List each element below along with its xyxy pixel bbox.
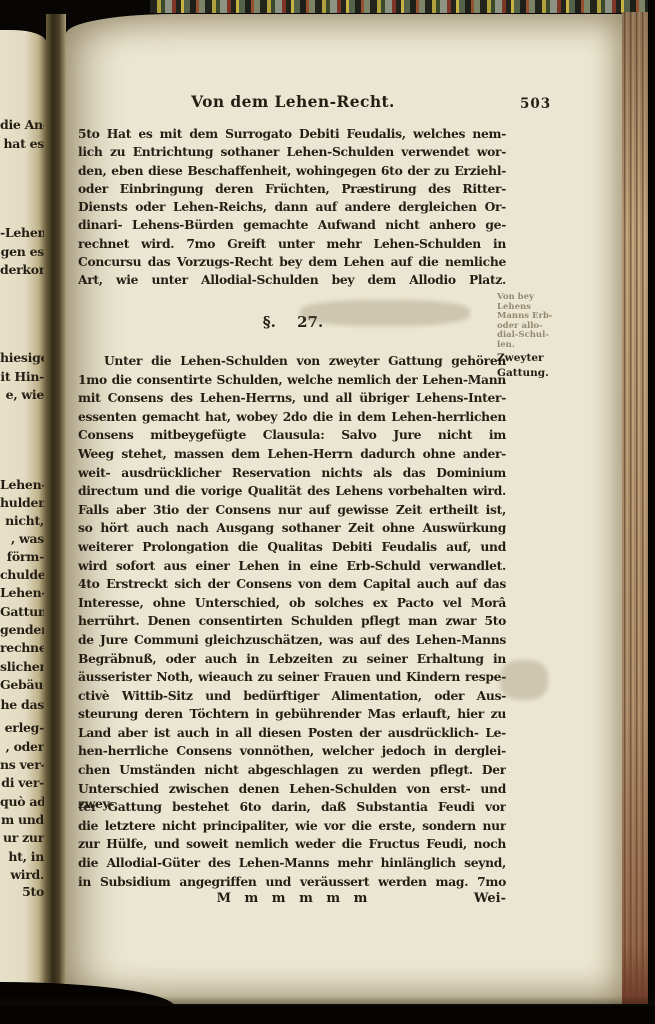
top-edge-marbling: [150, 0, 648, 13]
text-line: hen-herrliche Consens vonnöthen, welcher…: [78, 743, 506, 762]
text-line: 1mo die consentirte Schulden, welche nem…: [78, 372, 506, 391]
text-line: ctivè Wittib-Sitz und bedürftiger Alimen…: [78, 688, 506, 707]
edge-fragment: genden: [0, 622, 44, 637]
bottom-cover: [0, 1006, 655, 1024]
text-line: in Subsidium angegriffen und veräussert …: [78, 874, 506, 893]
edge-fragment: e, wie: [0, 387, 44, 402]
edge-fragment: ht, in: [0, 849, 44, 864]
paragraph-1: 5to Hat es mit dem Surrogato Debiti Feud…: [78, 126, 506, 291]
text-line: die Allodial-Güter des Lehen-Manns mehr …: [78, 855, 506, 874]
edge-fragment: gen es: [0, 244, 44, 259]
text-line: Unter die Lehen-Schulden von zweyter Gat…: [78, 353, 506, 372]
text-line: Interesse, ohne Unterschied, ob solches …: [78, 595, 506, 614]
edge-fragment: derkom-: [0, 262, 44, 277]
edge-fragment: di ver-: [0, 775, 44, 790]
edge-fragment: Lehen-: [0, 585, 44, 600]
text-line: den, eben diese Beschaffenheit, wohingeg…: [78, 163, 506, 181]
text-line: zur Hülfe, und soweit nemlich weder die …: [78, 836, 506, 855]
edge-fragment: Lehen-: [0, 477, 44, 492]
text-line: so hört auch nach Ausgang sothaner Zeit …: [78, 520, 506, 539]
text-line: de Jure Communi gleichzuschätzen, was au…: [78, 632, 506, 651]
bleedthrough-smudge: [300, 300, 470, 326]
edge-fragment: -Lehen: [0, 225, 44, 240]
text-line: oder Einbringung deren Früchten, Præstir…: [78, 181, 506, 199]
edge-fragment: Gattun-: [0, 604, 44, 619]
text-line: Concursu das Vorzugs-Recht bey dem Lehen…: [78, 254, 506, 272]
text-line: mit Consens des Lehen-Herrns, und all üb…: [78, 390, 506, 409]
edge-fragment: chulden: [0, 567, 44, 582]
edge-fragment: förm-: [0, 549, 44, 564]
text-line: 4to Erstreckt sich der Consens von dem C…: [78, 576, 506, 595]
bleedthrough-smudge: [500, 660, 548, 700]
edge-fragment: die An-: [0, 117, 44, 132]
text-line: Unterschied zwischen denen Lehen-Schulde…: [78, 781, 506, 800]
edge-fragment: he das: [0, 697, 44, 712]
catchword: Wei-: [474, 891, 506, 906]
edge-fragment: rechnet: [0, 640, 44, 655]
edge-fragment: ns ver-: [0, 757, 44, 772]
edge-fragment: , oder: [0, 739, 44, 754]
edge-fragment: hulden,: [0, 495, 44, 510]
text-line: 5to Hat es mit dem Surrogato Debiti Feud…: [78, 126, 506, 144]
text-line: weit- ausdrücklicher Reservation nichts …: [78, 465, 506, 484]
edge-fragment: quò ad: [0, 794, 44, 809]
text-line: weiterer Prolongation die Qualitas Debit…: [78, 539, 506, 558]
page-number: 503: [520, 96, 551, 112]
running-head: Von dem Lehen-Recht.: [78, 92, 508, 111]
text-line: rechnet wird. 7mo Greift unter mehr Lehe…: [78, 236, 506, 254]
text-line: herrührt. Denen consentirten Schulden pf…: [78, 613, 506, 632]
edge-fragment: 5to: [0, 884, 44, 899]
text-line: essenten gemacht hat, wobey 2do die in d…: [78, 409, 506, 428]
edge-fragment: m und: [0, 812, 44, 827]
edge-fragment: , was: [0, 531, 44, 546]
text-line: wird sofort aus einer Lehen in eine Erb-…: [78, 558, 506, 577]
bleedthrough-text: Von bey Lehens Manns Erb- oder allo- dia…: [497, 293, 555, 351]
text-line: äusserister Noth, wieauch zu seiner Frau…: [78, 669, 506, 688]
signature-mark: M m m m m m: [78, 891, 506, 906]
text-line: dinari- Lehens-Bürden gemachte Aufwand n…: [78, 217, 506, 235]
edge-fragment: ur zur: [0, 830, 44, 845]
edge-fragment: slichen: [0, 659, 44, 674]
text-line: die letztere nicht principaliter, wie vo…: [78, 818, 506, 837]
text-line: ter Gattung bestehet 6to darin, daß Subs…: [78, 799, 506, 818]
text-line: Art, wie unter Allodial-Schulden bey dem…: [78, 272, 506, 290]
edge-fragment: erleg-: [0, 720, 44, 735]
edge-fragment: wird.: [0, 867, 44, 882]
edge-fragment: hat es: [0, 136, 44, 151]
signature-row: M m m m m m Wei-: [78, 891, 506, 906]
text-line: Begräbnuß, oder auch in Lebzeiten zu sei…: [78, 651, 506, 670]
text-line: chen Umständen nicht abgeschlagen zu wer…: [78, 762, 506, 781]
text-line: Diensts oder Lehen-Reichs, dann auf ande…: [78, 199, 506, 217]
text-line: Weeg stehet, massen dem Lehen-Herrn dadu…: [78, 446, 506, 465]
text-line: Consens mitbeygefügte Clausula: Salvo Ju…: [78, 427, 506, 446]
edge-fragment: hiesigen: [0, 350, 44, 365]
text-line: lich zu Entrichtung sothaner Lehen-Schul…: [78, 144, 506, 162]
text-line: steurung deren Töchtern in gebührender M…: [78, 706, 506, 725]
edge-fragment: it Hin-: [0, 369, 44, 384]
cover-edge: [648, 0, 655, 1024]
paragraph-2: Unter die Lehen-Schulden von zweyter Gat…: [78, 353, 506, 892]
text-line: Land aber ist auch in all diesen Posten …: [78, 725, 506, 744]
edge-fragment: nicht,: [0, 513, 44, 528]
edge-fragment: Gebäu-: [0, 677, 44, 692]
fore-edge: [622, 12, 648, 1004]
book-scan: Von dem Lehen-Recht. 503 5to Hat es mit …: [0, 0, 655, 1024]
gutter-shadow: [46, 14, 66, 1004]
text-line: Falls aber 3tio der Consens nur auf gewi…: [78, 502, 506, 521]
bleedthrough-line: len.: [497, 341, 555, 351]
text-line: directum und die vorige Qualität des Leh…: [78, 483, 506, 502]
